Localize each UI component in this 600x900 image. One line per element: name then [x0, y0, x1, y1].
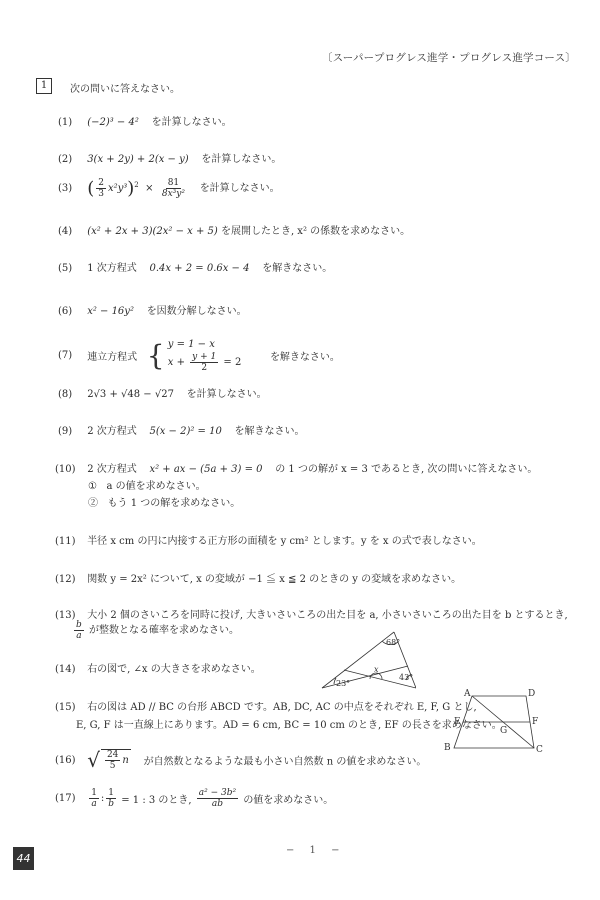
sub-text: a の値を求めなさい。: [107, 481, 206, 492]
fraction-y-plus-1: y + 12: [190, 352, 218, 373]
question-expression: (x² + 2x + 3)(2x² − x + 5): [87, 226, 218, 237]
question-number: (15): [55, 702, 84, 713]
question-4: (4) (x² + 2x + 3)(2x² − x + 5) を展開したとき, …: [58, 222, 410, 237]
question-7: (7) 連立方程式 { y = 1 − x x + y + 12 = 2 を解き…: [58, 338, 340, 373]
question-number: (16): [55, 755, 84, 766]
question-text: を解きなさい。: [235, 426, 305, 437]
point-label-d: D: [528, 689, 535, 699]
question-13: (13) 大小 2 個のさいころを同時に投げ, 大きいさいころの出た目を a, …: [55, 606, 568, 621]
angle-label-x: x: [374, 665, 379, 674]
question-13-line-2: ba が整数となる確率を求めなさい。: [72, 620, 239, 641]
question-2: (2) 3(x + 2y) + 2(x − y) を計算しなさい。: [58, 150, 281, 165]
sqrt-radicand: 245n: [101, 749, 131, 771]
angle-figure: 68° x 23° 43°: [316, 630, 416, 692]
trapezoid-figure: A D E F G B C: [440, 686, 545, 752]
sqrt-icon: √: [87, 748, 100, 772]
question-10: (10) 2 次方程式 x² + ax − (5a + 3) = 0 の 1 つ…: [55, 460, 537, 475]
question-text: の値を求めなさい。: [243, 795, 333, 806]
question-10-sub-1: ① a の値を求めなさい。: [88, 477, 206, 492]
question-number: (14): [55, 664, 84, 675]
question-number: (6): [58, 306, 84, 317]
question-label: 1 次方程式: [87, 263, 137, 274]
question-text: を解きなさい。: [262, 263, 332, 274]
question-text: の 1 つの解が x = 3 であるとき, 次の問いに答えなさい。: [275, 464, 537, 475]
point-label-f: F: [532, 717, 538, 727]
page-number: − 1 −: [286, 845, 345, 856]
section-instruction: 次の問いに答えなさい。: [70, 80, 180, 95]
point-label-c: C: [536, 745, 543, 752]
question-text: E, G, F は一直線上にあります。AD = 6 cm, BC = 10 cm…: [76, 720, 502, 731]
question-17: (17) 1a:1b = 1 : 3 のとき, a² − 3b²ab の値を求め…: [55, 788, 333, 809]
fraction-1-over-a: 1a: [89, 788, 99, 809]
question-number: (9): [58, 426, 84, 437]
question-3: (3) (23x²y³)2 × 818x³y² を計算しなさい。: [58, 178, 280, 199]
question-expression: x² + ax − (5a + 3) = 0: [149, 464, 262, 475]
equation-system: y = 1 − x x + y + 12 = 2: [168, 338, 242, 373]
point-label-b: B: [444, 743, 451, 752]
question-11: (11) 半径 x cm の円に内接する正方形の面積を y cm² とします。y…: [55, 532, 482, 547]
fraction-1-over-b: 1b: [106, 788, 116, 809]
question-expression: 5(x − 2)² = 10: [149, 426, 221, 437]
fraction-expression: a² − 3b²ab: [197, 788, 238, 809]
question-text: が整数となる確率を求めなさい。: [89, 625, 239, 636]
question-number: (2): [58, 154, 84, 165]
point-label-e: E: [454, 717, 461, 727]
point-label-g: G: [500, 726, 507, 736]
question-expression: (−2)³ − 4²: [87, 117, 139, 128]
angle-label-23: 23°: [336, 679, 350, 688]
question-text: 半径 x cm の円に内接する正方形の面積を y cm² とします。y を x …: [87, 536, 482, 547]
equation-2-right: = 2: [223, 357, 241, 368]
question-expression: 2√3 + √48 − √27: [87, 389, 174, 400]
question-number: (8): [58, 389, 84, 400]
equation-2-left: x +: [168, 357, 185, 368]
question-15-line-2: E, G, F は一直線上にあります。AD = 6 cm, BC = 10 cm…: [76, 716, 502, 731]
question-5: (5) 1 次方程式 0.4x + 2 = 0.6x − 4 を解きなさい。: [58, 259, 332, 274]
question-6: (6) x² − 16y² を因数分解しなさい。: [58, 302, 247, 317]
question-number: (4): [58, 226, 84, 237]
question-number: (3): [58, 183, 84, 194]
sub-text: もう 1 つの解を求めなさい。: [108, 498, 241, 509]
question-text: 関数 y = 2x² について, x の変域が −1 ≦ x ≦ 2 のときの …: [87, 574, 461, 585]
ratio-text: = 1 : 3 のとき,: [121, 795, 191, 806]
course-header: 〔スーパープログレス進学・プログレス進学コース〕: [322, 50, 576, 65]
question-12: (12) 関数 y = 2x² について, x の変域が −1 ≦ x ≦ 2 …: [55, 570, 461, 585]
question-number: (12): [55, 574, 84, 585]
sub-mark: ②: [88, 498, 98, 509]
question-number: (5): [58, 263, 84, 274]
question-8: (8) 2√3 + √48 − √27 を計算しなさい。: [58, 385, 267, 400]
question-number: (1): [58, 117, 84, 128]
question-expression: 0.4x + 2 = 0.6x − 4: [149, 263, 249, 274]
question-1: (1) (−2)³ − 4² を計算しなさい。: [58, 113, 232, 128]
sub-mark: ①: [88, 481, 97, 492]
question-14: (14) 右の図で, ∠x の大きさを求めなさい。: [55, 660, 261, 675]
question-number: (10): [55, 464, 84, 475]
monomial: x²y³: [108, 183, 127, 194]
question-text: が自然数となるような最も小さい自然数 n の値を求めなさい。: [144, 757, 427, 768]
question-text: を計算しなさい。: [200, 183, 280, 194]
question-text: 右の図で, ∠x の大きさを求めなさい。: [87, 664, 261, 675]
question-label: 連立方程式: [87, 352, 137, 363]
question-16: (16) √245n が自然数となるような最も小さい自然数 n の値を求めなさい…: [55, 748, 426, 772]
question-number: (7): [58, 350, 84, 361]
question-label: 2 次方程式: [87, 464, 137, 475]
question-expression: 3(x + 2y) + 2(x − y): [87, 154, 188, 165]
question-text: を展開したとき, x² の係数を求めなさい。: [221, 226, 410, 237]
question-expression: x² − 16y²: [87, 306, 134, 317]
fraction-two-thirds: 23: [96, 178, 106, 199]
question-text: を因数分解しなさい。: [147, 306, 247, 317]
question-label: 2 次方程式: [87, 426, 137, 437]
angle-label-68: 68°: [386, 638, 400, 647]
question-text: を解きなさい。: [270, 352, 340, 363]
angle-label-43: 43°: [399, 673, 413, 682]
equation-1: y = 1 − x: [168, 339, 215, 350]
question-text: を計算しなさい。: [201, 154, 281, 165]
question-10-sub-2: ② もう 1 つの解を求めなさい。: [88, 494, 240, 509]
question-text: 右の図は AD // BC の台形 ABCD です。AB, DC, AC の中点…: [87, 702, 476, 713]
fraction-81: 818x³y²: [162, 178, 185, 199]
question-text: を計算しなさい。: [187, 389, 267, 400]
brace-icon: {: [147, 342, 165, 370]
section-number-box: 1: [36, 78, 52, 94]
question-number: (17): [55, 793, 84, 804]
point-label-a: A: [463, 689, 471, 699]
page-tab: 44: [13, 847, 34, 870]
question-15: (15) 右の図は AD // BC の台形 ABCD です。AB, DC, A…: [55, 698, 477, 713]
question-9: (9) 2 次方程式 5(x − 2)² = 10 を解きなさい。: [58, 422, 305, 437]
fraction-b-over-a: ba: [74, 620, 84, 641]
question-number: (11): [55, 536, 84, 547]
question-text: を計算しなさい。: [152, 117, 232, 128]
